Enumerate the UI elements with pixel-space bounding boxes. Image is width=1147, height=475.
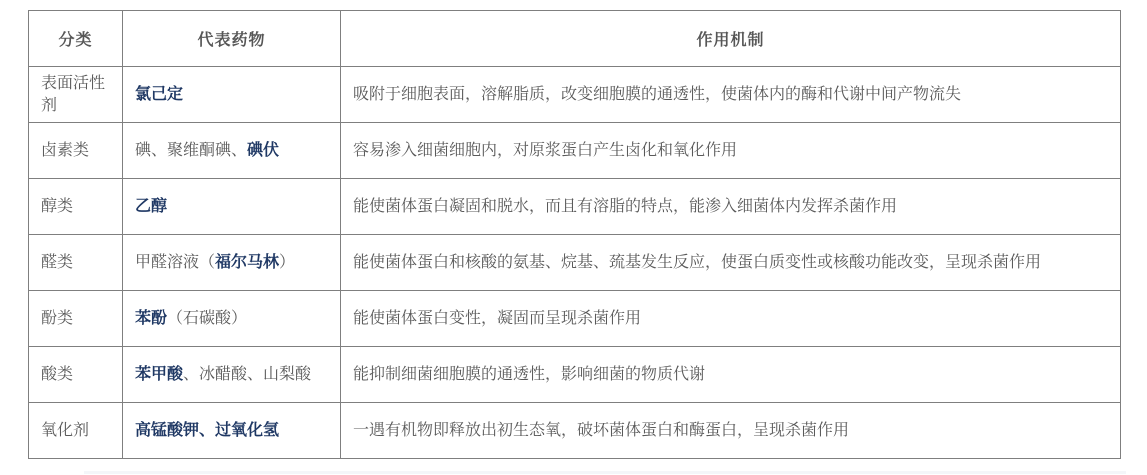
drugs-cell: 乙醇 bbox=[123, 179, 341, 235]
mechanism-cell: 能使菌体蛋白凝固和脱水，而且有溶脂的特点，能渗入细菌体内发挥杀菌作用 bbox=[341, 179, 1121, 235]
drug-name-emphasized: 福尔马林 bbox=[215, 254, 279, 271]
drug-name-plain: 碘、聚维酮碘、 bbox=[135, 142, 247, 159]
drugs-cell: 高锰酸钾、过氧化氢 bbox=[123, 403, 341, 459]
category-cell: 氧化剂 bbox=[29, 403, 123, 459]
drug-name-plain: 、冰醋酸、山梨酸 bbox=[183, 366, 311, 383]
drug-name-emphasized: 碘伏 bbox=[247, 142, 279, 159]
drug-name-plain: ） bbox=[279, 254, 295, 271]
mechanism-cell: 一遇有机物即释放出初生态氧，破坏菌体蛋白和酶蛋白，呈现杀菌作用 bbox=[341, 403, 1121, 459]
category-cell: 酚类 bbox=[29, 291, 123, 347]
mechanism-cell: 能使菌体蛋白变性，凝固而呈现杀菌作用 bbox=[341, 291, 1121, 347]
drugs-cell: 苯酚（石碳酸） bbox=[123, 291, 341, 347]
drug-name-emphasized: 苯甲酸 bbox=[135, 366, 183, 383]
header-row: 分类 代表药物 作用机制 bbox=[29, 11, 1121, 67]
mechanism-cell: 能抑制细菌细胞膜的通透性，影响细菌的物质代谢 bbox=[341, 347, 1121, 403]
drugs-cell: 氯己定 bbox=[123, 67, 341, 123]
drug-name-plain: （石碳酸） bbox=[167, 310, 247, 327]
drug-name-emphasized: 乙醇 bbox=[135, 198, 167, 215]
table-row: 醛类甲醛溶液（福尔马林）能使菌体蛋白和核酸的氨基、烷基、巯基发生反应，使蛋白质变… bbox=[29, 235, 1121, 291]
disinfectant-classification-table: 分类 代表药物 作用机制 表面活性剂氯己定吸附于细胞表面，溶解脂质，改变细胞膜的… bbox=[28, 10, 1121, 459]
category-cell: 表面活性剂 bbox=[29, 67, 123, 123]
header-representative-drugs: 代表药物 bbox=[123, 11, 341, 67]
disinfectant-table-container: 分类 代表药物 作用机制 表面活性剂氯己定吸附于细胞表面，溶解脂质，改变细胞膜的… bbox=[28, 10, 1121, 459]
drug-name-emphasized: 苯酚 bbox=[135, 310, 167, 327]
header-mechanism: 作用机制 bbox=[341, 11, 1121, 67]
table-row: 醇类乙醇能使菌体蛋白凝固和脱水，而且有溶脂的特点，能渗入细菌体内发挥杀菌作用 bbox=[29, 179, 1121, 235]
table-row: 表面活性剂氯己定吸附于细胞表面，溶解脂质，改变细胞膜的通透性，使菌体内的酶和代谢… bbox=[29, 67, 1121, 123]
table-row: 卤素类碘、聚维酮碘、碘伏容易渗入细菌细胞内，对原浆蛋白产生卤化和氧化作用 bbox=[29, 123, 1121, 179]
mechanism-cell: 能使菌体蛋白和核酸的氨基、烷基、巯基发生反应，使蛋白质变性或核酸功能改变，呈现杀… bbox=[341, 235, 1121, 291]
header-category: 分类 bbox=[29, 11, 123, 67]
page-bottom-strip bbox=[84, 471, 1126, 474]
drug-name-emphasized: 高锰酸钾、过氧化氢 bbox=[135, 422, 279, 439]
category-cell: 酸类 bbox=[29, 347, 123, 403]
table-row: 酸类苯甲酸、冰醋酸、山梨酸能抑制细菌细胞膜的通透性，影响细菌的物质代谢 bbox=[29, 347, 1121, 403]
table-row: 氧化剂高锰酸钾、过氧化氢一遇有机物即释放出初生态氧，破坏菌体蛋白和酶蛋白，呈现杀… bbox=[29, 403, 1121, 459]
drugs-cell: 苯甲酸、冰醋酸、山梨酸 bbox=[123, 347, 341, 403]
mechanism-cell: 吸附于细胞表面，溶解脂质，改变细胞膜的通透性，使菌体内的酶和代谢中间产物流失 bbox=[341, 67, 1121, 123]
category-cell: 醇类 bbox=[29, 179, 123, 235]
mechanism-cell: 容易渗入细菌细胞内，对原浆蛋白产生卤化和氧化作用 bbox=[341, 123, 1121, 179]
table-row: 酚类苯酚（石碳酸）能使菌体蛋白变性，凝固而呈现杀菌作用 bbox=[29, 291, 1121, 347]
drugs-cell: 甲醛溶液（福尔马林） bbox=[123, 235, 341, 291]
drug-name-plain: 甲醛溶液（ bbox=[135, 254, 215, 271]
category-cell: 醛类 bbox=[29, 235, 123, 291]
category-cell: 卤素类 bbox=[29, 123, 123, 179]
drug-name-emphasized: 氯己定 bbox=[135, 86, 183, 103]
drugs-cell: 碘、聚维酮碘、碘伏 bbox=[123, 123, 341, 179]
